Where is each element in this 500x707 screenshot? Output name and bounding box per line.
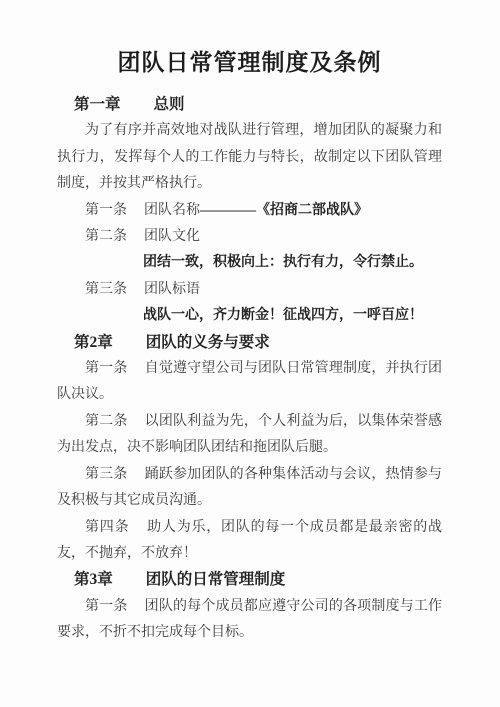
item-label: 第二条 <box>85 414 128 429</box>
chapter-2-item-4: 第四条助人为乐，团队的每一个成员都是最亲密的战友，不抛弃，不放弃！ <box>57 515 442 568</box>
chapter-1-heading: 第一章总则 <box>74 92 442 118</box>
chapter-3-title: 团队的日常管理制度 <box>146 571 286 588</box>
chapter-3-heading: 第3章团队的日常管理制度 <box>74 567 442 593</box>
chapter-2-title: 团队的义务与要求 <box>146 334 270 351</box>
chapter-1-item-2: 第二条团队文化 <box>57 224 442 250</box>
chapter-1-title: 总则 <box>154 96 185 113</box>
item-label: 第四条 <box>85 520 129 535</box>
item-label: 第三条 <box>85 467 128 482</box>
item-text: 团队标语 <box>144 282 200 297</box>
item-label: 第二条 <box>85 229 127 244</box>
item-label: 第三条 <box>85 282 127 297</box>
team-culture-slogan: 团结一致，积极向上：执行有力，令行禁止。 <box>143 250 442 276</box>
document-title: 团队日常管理制度及条例 <box>57 46 442 78</box>
chapter-1-label: 第一章 <box>74 96 121 113</box>
team-motto-slogan: 战队一心，齐力断金！征战四方，一呼百应！ <box>143 303 442 329</box>
chapter-3-item-1: 第一条团队的每个成员都应遵守公司的各项制度与工作要求，不折不扣完成每个目标。 <box>57 594 442 647</box>
chapter-1-intro-paragraph: 为了有序并高效地对战队进行管理，增加团队的凝聚力和执行力，发挥每个人的工作能力与… <box>57 118 442 197</box>
team-name-value: 《招商二部战队》 <box>256 203 368 218</box>
chapter-2-item-2: 第二条以团队利益为先，个人利益为后，以集体荣誉感为出发点，决不影响团队团结和拖团… <box>57 409 442 462</box>
chapter-2-item-1: 第一条自觉遵守望公司与团队日常管理制度，并执行团队决议。 <box>57 356 442 409</box>
item-label: 第一条 <box>85 599 128 614</box>
chapter-1-item-1: 第一条团队名称————《招商二部战队》 <box>57 198 442 224</box>
dash-line: ———— <box>200 203 256 218</box>
item-label: 第一条 <box>85 203 127 218</box>
chapter-2-heading: 第2章团队的义务与要求 <box>74 330 442 356</box>
item-label: 第一条 <box>85 361 128 376</box>
item-text: 团队名称 <box>144 203 200 218</box>
item-text: 团队文化 <box>144 229 200 244</box>
document-page: 团队日常管理制度及条例 第一章总则 为了有序并高效地对战队进行管理，增加团队的凝… <box>0 0 500 707</box>
chapter-3-label: 第3章 <box>74 571 113 588</box>
chapter-2-label: 第2章 <box>74 334 113 351</box>
chapter-2-item-3: 第三条踊跃参加团队的各种集体活动与会议，热情参与及积极与其它成员沟通。 <box>57 462 442 515</box>
chapter-1-item-3: 第三条团队标语 <box>57 277 442 303</box>
